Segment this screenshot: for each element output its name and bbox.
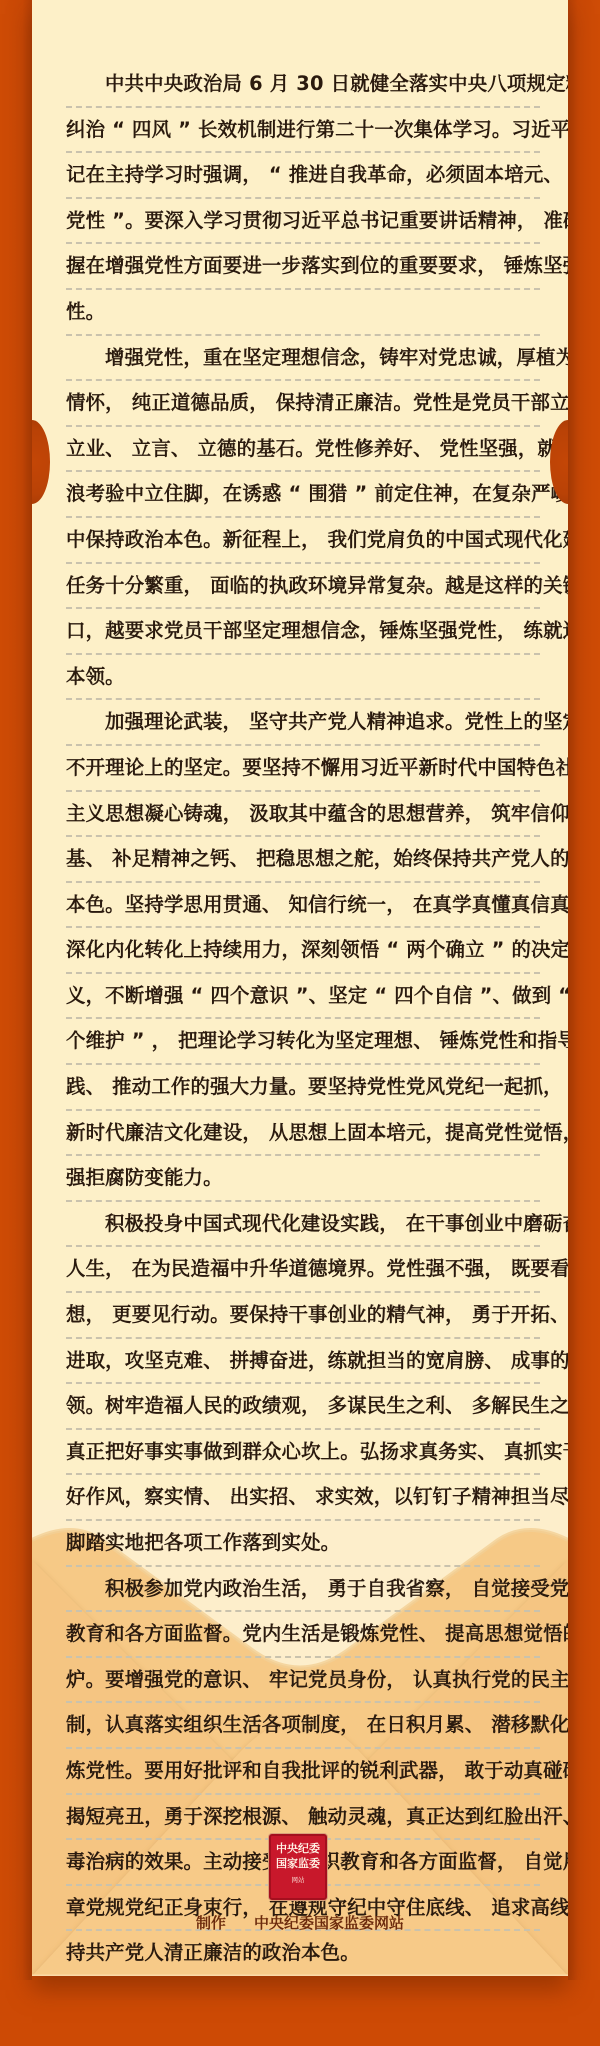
text-line: 想， 更要见行动。要保持干事创业的精气神， 勇于开拓、 锐意	[66, 1293, 540, 1339]
text-line: 领。树牢造福人民的政绩观， 多谋民生之利、 多解民生之忧，	[66, 1384, 540, 1430]
text-line: 中共中央政治局 6 月 30 日就健全落实中央八项规定精神、	[66, 62, 540, 108]
text-line: 口，越要求党员干部坚定理想信念，锤炼坚强党性， 练就过硬	[66, 609, 540, 655]
letter-paper: 中共中央政治局 6 月 30 日就健全落实中央八项规定精神、 纠治 “ 四风 ”…	[32, 0, 568, 1976]
text-line: 基、 补足精神之钙、 把稳思想之舵，始终保持共产党人的政治	[66, 837, 540, 883]
article-body: 中共中央政治局 6 月 30 日就健全落实中央八项规定精神、 纠治 “ 四风 ”…	[66, 62, 540, 1976]
text-line: 增强党性，重在坚定理想信念，铸牢对党忠诚，厚植为民	[66, 336, 540, 382]
text-line: 纠治 “ 四风 ” 长效机制进行第二十一次集体学习。习近平总书	[66, 108, 540, 154]
paper-notch-left	[32, 420, 50, 504]
text-line: 人生， 在为民造福中升华道德境界。党性强不强， 既要看思	[66, 1247, 540, 1293]
background-left	[0, 0, 32, 1980]
credit-org: 中央纪委国家监委网站	[254, 1914, 404, 1932]
paragraph-4: 积极投身中国式现代化建设实践， 在干事创业中磨砺奋斗 人生， 在为民造福中升华道…	[66, 1202, 540, 1567]
text-line: 握在增强党性方面要进一步落实到位的重要要求， 锤炼坚强党	[66, 244, 540, 290]
text-line: 记在主持学习时强调， “ 推进自我革命，必须固本培元、 增强	[66, 153, 540, 199]
text-line: 深化内化转化上持续用力，深刻领悟 “ 两个确立 ” 的决定性意	[66, 928, 540, 974]
text-line: 制，认真落实组织生活各项制度， 在日积月累、 潜移默化中锤	[66, 1703, 540, 1749]
credit-label: 制作	[196, 1914, 226, 1932]
text-line: 好作风，察实情、 出实招、 求实效，以钉钉子精神担当尽责，	[66, 1475, 540, 1521]
seal-line-3: 网站	[271, 1874, 325, 1886]
text-line: 炼党性。要用好批评和自我批评的锐利武器， 敢于动真碰硬、	[66, 1749, 540, 1795]
text-line: 加强理论武装， 坚守共产党人精神追求。党性上的坚定离	[66, 700, 540, 746]
text-line: 真正把好事实事做到群众心坎上。弘扬求真务实、 真抓实干的	[66, 1430, 540, 1476]
text-line: 新时代廉洁文化建设， 从思想上固本培元，提高党性觉悟，增	[66, 1111, 540, 1157]
text-line: 进取，攻坚克难、 拼搏奋进，练就担当的宽肩膀、 成事的真本	[66, 1339, 540, 1385]
credit-line: 制作中央纪委国家监委网站	[0, 1912, 600, 1933]
text-line: 任务十分繁重， 面临的执政环境异常复杂。越是这样的关键当	[66, 564, 540, 610]
text-line: 持共产党人清正廉洁的政治本色。	[66, 1931, 540, 1976]
paragraph-1: 中共中央政治局 6 月 30 日就健全落实中央八项规定精神、 纠治 “ 四风 ”…	[66, 62, 540, 336]
paragraph-2: 增强党性，重在坚定理想信念，铸牢对党忠诚，厚植为民 情怀， 纯正道德品质， 保持…	[66, 336, 540, 701]
text-line: 脚踏实地把各项工作落到实处。	[66, 1521, 540, 1567]
seal-line-2: 国家监委	[271, 1856, 325, 1872]
text-line: 情怀， 纯正道德品质， 保持清正廉洁。党性是党员干部立身、	[66, 381, 540, 427]
text-line: 不开理论上的坚定。要坚持不懈用习近平新时代中国特色社会	[66, 746, 540, 792]
paragraph-3: 加强理论武装， 坚守共产党人精神追求。党性上的坚定离 不开理论上的坚定。要坚持不…	[66, 700, 540, 1202]
text-line: 教育和各方面监督。党内生活是锻炼党性、 提高思想觉悟的熔	[66, 1612, 540, 1658]
text-line: 积极投身中国式现代化建设实践， 在干事创业中磨砺奋斗	[66, 1202, 540, 1248]
seal-line-1: 中央纪委	[271, 1842, 325, 1856]
text-line: 践、 推动工作的强大力量。要坚持党性党风党纪一起抓， 加强	[66, 1065, 540, 1111]
text-line: 立业、 立言、 立德的基石。党性修养好、 党性坚强，就能在风	[66, 427, 540, 473]
text-line: 强拒腐防变能力。	[66, 1156, 540, 1202]
text-line: 浪考验中立住脚，在诱惑 “ 围猎 ” 前定住神，在复杂严峻斗争	[66, 472, 540, 518]
text-line: 主义思想凝心铸魂， 汲取其中蕴含的思想营养， 筑牢信仰之	[66, 792, 540, 838]
seal-logo: 中央纪委 国家监委 网站	[269, 1834, 327, 1900]
text-line: 本领。	[66, 655, 540, 701]
text-line: 党性 ”。要深入学习贯彻习近平总书记重要讲话精神， 准确把	[66, 199, 540, 245]
text-line: 个维护 ” ， 把理论学习转化为坚定理想、 锤炼党性和指导实	[66, 1019, 540, 1065]
text-line: 本色。坚持学思用贯通、 知信行统一， 在真学真懂真信真用、	[66, 883, 540, 929]
text-line: 性。	[66, 290, 540, 336]
text-line: 炉。要增强党的意识、 牢记党员身份， 认真执行党的民主集中	[66, 1658, 540, 1704]
text-line: 积极参加党内政治生活， 勇于自我省察， 自觉接受党组织	[66, 1567, 540, 1613]
text-line: 义，不断增强 “ 四个意识 ”、坚定 “ 四个自信 ”、做到 “ 两	[66, 974, 540, 1020]
text-line: 中保持政治本色。新征程上， 我们党肩负的中国式现代化建设	[66, 518, 540, 564]
background-right	[568, 0, 600, 1980]
